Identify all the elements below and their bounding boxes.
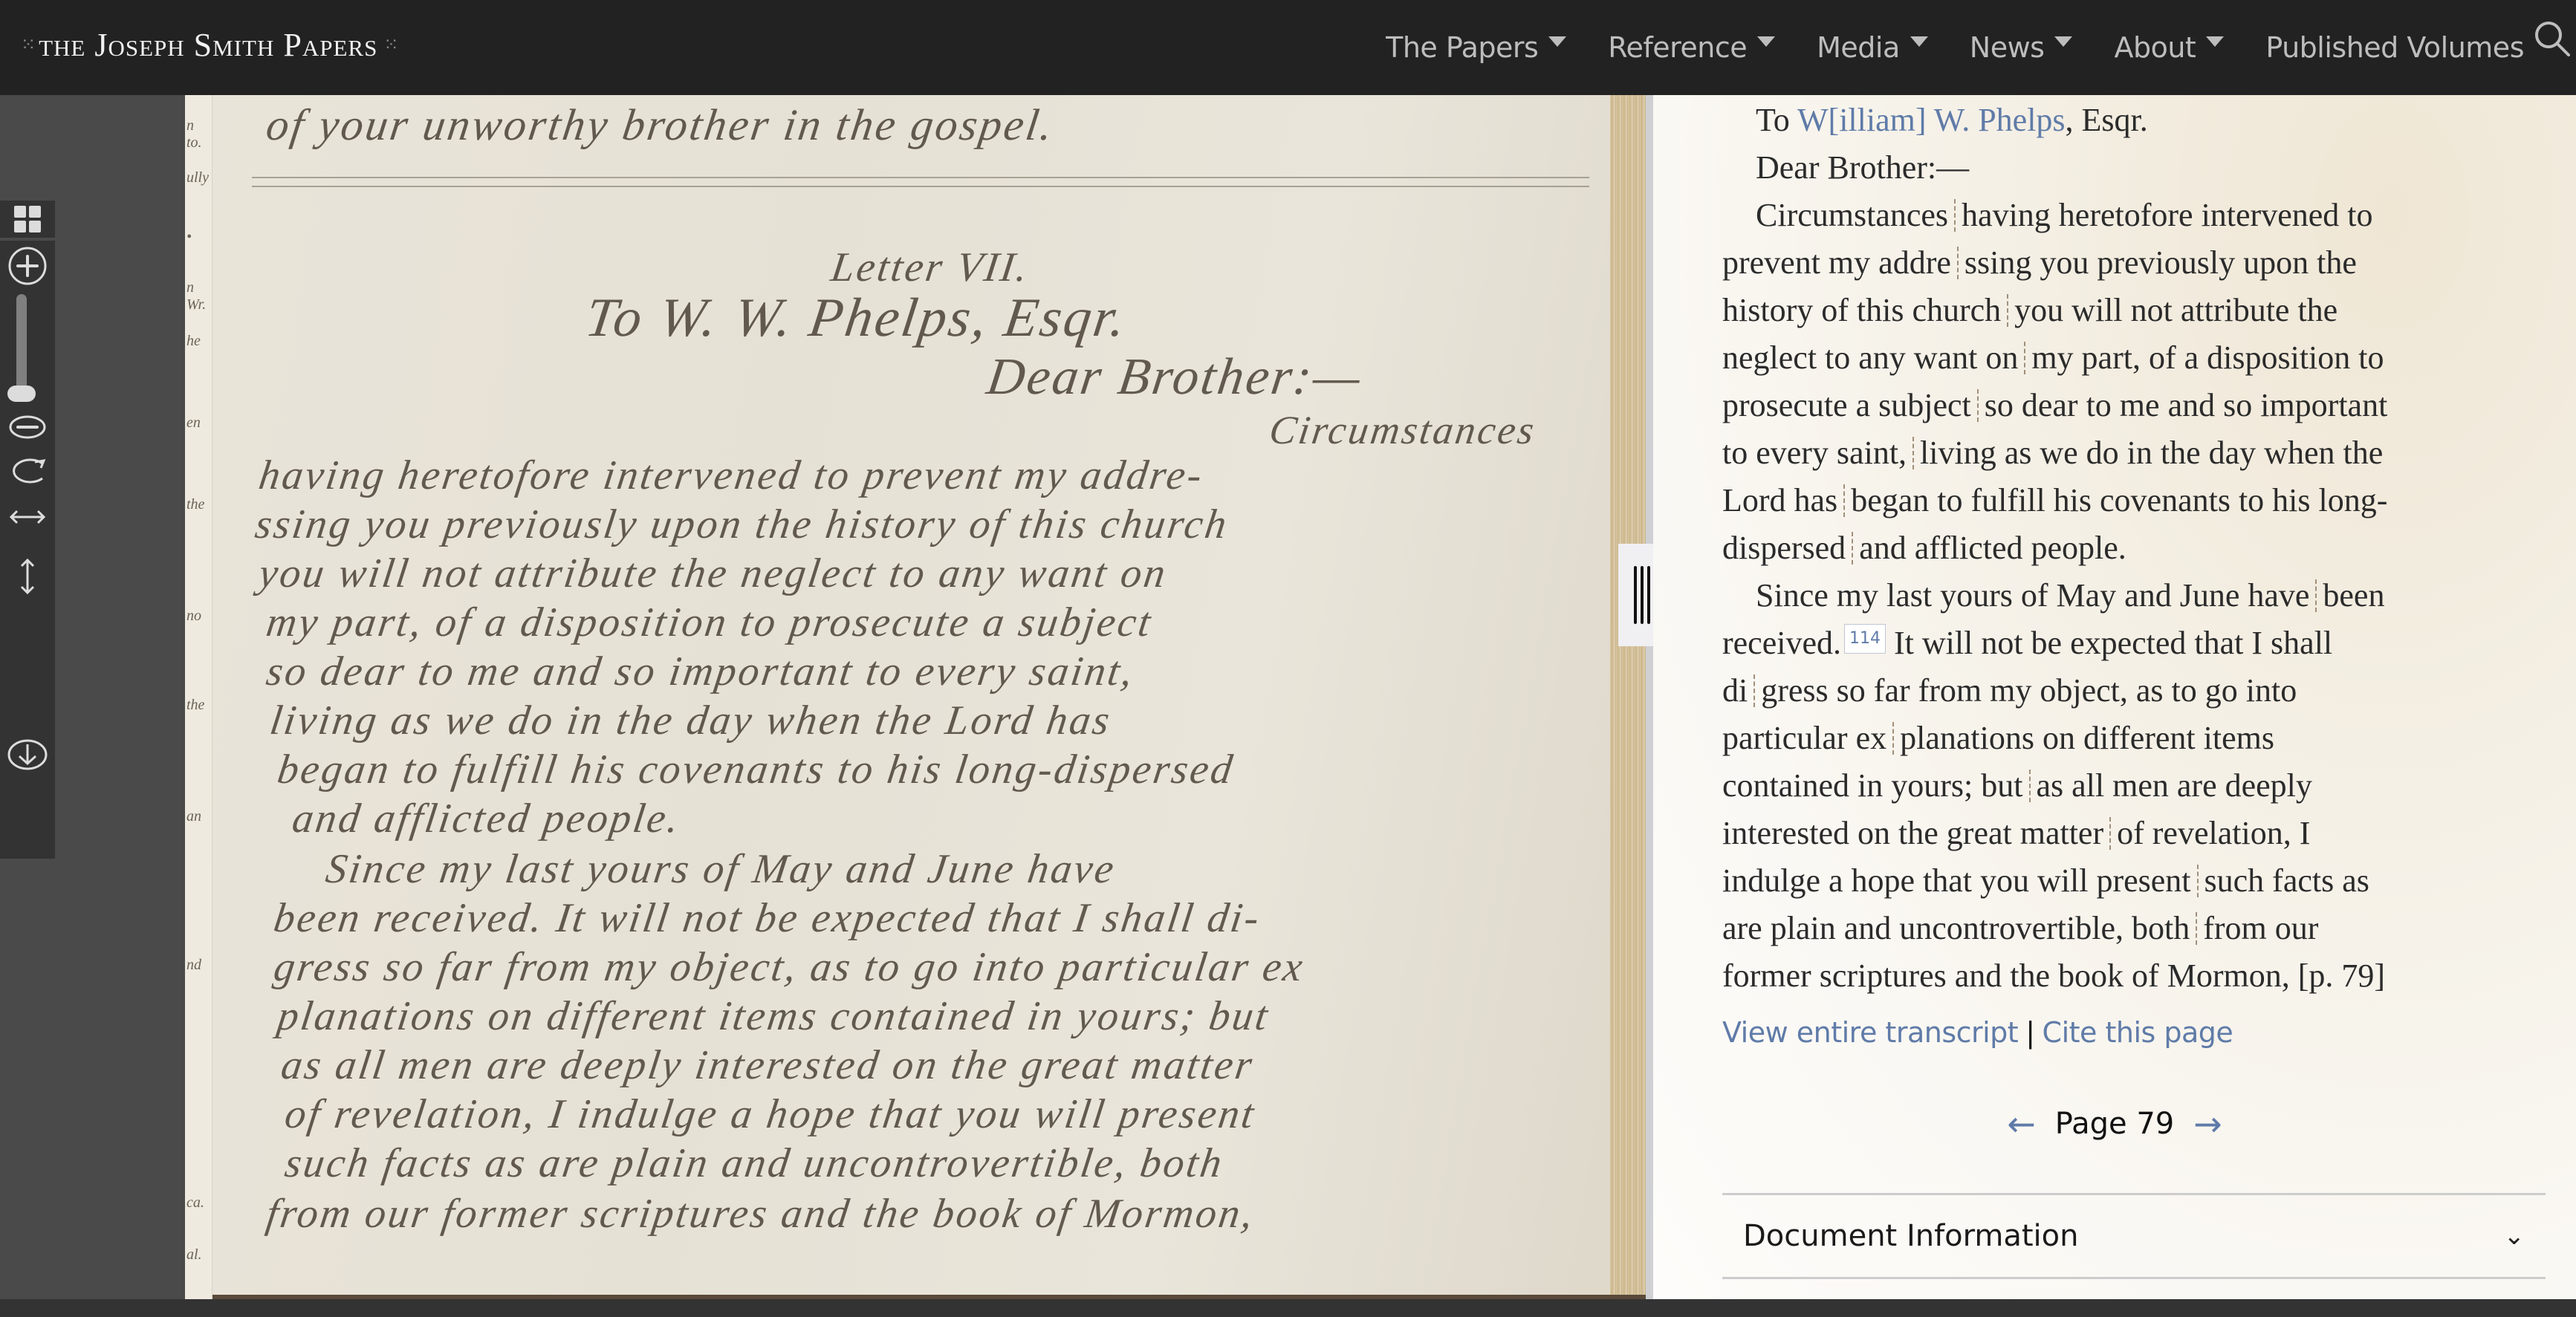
link-separator: | [2025,1016,2034,1049]
text: particular ex [1722,720,1886,756]
line-break-marker [1753,674,1755,707]
zoom-slider-thumb[interactable] [7,386,36,402]
line-break-marker [2196,912,2197,945]
margin-fragment: • [186,229,192,246]
image-viewer[interactable]: n to. ully • n Wr. he en the no the an n… [0,95,1653,1299]
manuscript-line: my part, of a disposition to prosecute a… [264,599,1156,646]
transcript-salutation: To W[illiam] W. Phelps, Esqr. [1722,97,2554,144]
next-page-arrow-icon[interactable]: → [2193,1104,2222,1144]
nav-label: Published Volumes [2265,31,2524,64]
transcript-links: View entire transcript|Cite this page [1722,1016,2233,1049]
rotate-icon [8,456,47,486]
fit-height-button[interactable] [0,547,55,606]
search-icon[interactable] [2531,18,2573,59]
previous-page-arrow-icon[interactable]: ← [2007,1104,2036,1144]
transcript-line: interested on the great matterof revelat… [1722,810,2554,857]
nav-news[interactable]: News [1970,31,2073,64]
manuscript-rule [252,186,1589,187]
logo-text: the Joseph Smith Papers [39,26,377,64]
manuscript-line: and afflicted people. [290,795,684,842]
nav-media[interactable]: Media [1817,31,1928,64]
line-break-marker [2024,342,2025,374]
text: It will not be expected that I shall [1894,625,2332,661]
text: , Esqr. [2066,102,2148,138]
text: you will not attribute the [2014,292,2337,328]
transcript-line: indulge a hope that you will presentsuch… [1722,857,2554,905]
manuscript-line: Since my last yours of May and June have [323,845,1119,893]
line-break-marker [2109,817,2111,850]
grid-view-icon [13,204,42,234]
transcript-line: received.114 It will not be expected tha… [1722,620,2554,667]
manuscript-line: Dear Brother:— [983,348,1366,407]
bottom-bar [0,1299,2576,1317]
zoom-in-icon [7,246,48,286]
line-break-marker [1977,389,1979,422]
margin-fragment: n to. [186,117,212,152]
transcript-line: neglect to any want onmy part, of a disp… [1722,334,2554,382]
text: are plain and uncontrovertible, both [1722,910,2190,946]
manuscript-line: planations on different items contained … [275,992,1273,1040]
zoom-out-icon [8,414,47,440]
nav-label: Media [1817,31,1900,64]
margin-fragment: n Wr. [186,279,212,313]
fit-width-button[interactable] [0,487,55,547]
line-break-marker [1954,199,1956,232]
text: of revelation, I [2117,815,2310,851]
grid-view-button[interactable] [0,201,55,238]
margin-fragment: ca. [186,1194,204,1212]
transcript-line: particular explanations on different ite… [1722,715,2554,762]
fit-height-icon [19,557,36,596]
transcript-line: Circumstanceshaving heretofore intervene… [1722,192,2554,239]
rotate-button[interactable] [0,456,55,486]
manuscript-line: gress so far from my object, as to go in… [271,943,1308,991]
transcript-line: dispersedand afflicted people. [1722,524,2554,572]
text: received. [1722,625,1841,661]
transcript-text: To W[illiam] W. Phelps, Esqr. Dear Broth… [1722,97,2554,1000]
text: my part, of a disposition to [2031,339,2384,376]
caret-down-icon [1910,36,1928,47]
cite-this-page-link[interactable]: Cite this page [2043,1016,2233,1049]
adjacent-page-strip: n to. ully • n Wr. he en the no the an n… [185,95,212,1299]
text: di [1722,672,1748,709]
transcript-line: prevent my addressing you previously upo… [1722,239,2554,287]
nav-the-papers[interactable]: The Papers [1386,31,1566,64]
caret-down-icon [2206,36,2224,47]
manuscript-line: of your unworthy brother in the gospel. [263,100,1057,151]
fit-width-icon [8,508,47,526]
margin-fragment: en [186,414,201,432]
footnote-marker[interactable]: 114 [1844,624,1886,654]
manuscript-line: of revelation, I indulge a hope that you… [282,1090,1259,1138]
line-break-marker [1843,484,1845,517]
margin-fragment: al. [186,1246,202,1264]
line-break-marker [1957,247,1959,279]
manuscript-line: been received. It will not be expected t… [271,894,1265,942]
panel-divider[interactable] [1646,95,1653,1299]
manuscript-line: so dear to me and so important to every … [264,648,1138,695]
manuscript-line: living as we do in the day when the Lord… [267,697,1115,744]
toolbar-group-fit [0,487,55,658]
transcript-line: digress so far from my object, as to go … [1722,667,2554,715]
text: prosecute a subject [1722,387,1971,423]
caret-down-icon [1757,36,1775,47]
manuscript-line: as all men are deeply interested on the … [279,1041,1257,1089]
manuscript-line: ssing you previously upon the history of… [253,501,1232,548]
nav-reference[interactable]: Reference [1608,31,1775,64]
text: been [2323,577,2384,614]
nav-label: News [1970,31,2045,64]
nav-about[interactable]: About [2114,31,2224,64]
manuscript-line: having heretofore intervened to prevent … [256,452,1207,499]
margin-fragment: the [186,496,204,513]
manuscript-line: To W. W. Phelps, Esqr. [582,287,1132,350]
text: neglect to any want on [1722,339,2018,376]
transcript-greeting: Dear Brother:— [1722,144,2554,192]
text: so dear to me and so important [1985,387,2388,423]
manuscript-line: you will not attribute the neglect to an… [256,550,1171,597]
text: such facts as [2204,862,2369,899]
caret-down-icon [2054,36,2072,47]
transcript-panel: To W[illiam] W. Phelps, Esqr. Dear Broth… [1653,95,2576,1299]
line-break-marker [2197,865,2199,897]
manuscript-image[interactable]: n to. ully • n Wr. he en the no the an n… [185,95,1646,1299]
transcript-line: history of this churchyou will not attri… [1722,287,2554,334]
zoom-in-button[interactable] [0,245,55,287]
margin-fragment: nd [186,957,201,974]
document-information-label: Document Information [1743,1219,2078,1253]
text: history of this church [1722,292,2001,328]
text: Since my last yours of May and June have [1756,577,2309,614]
document-information-toggle[interactable]: Document Information ⌄ [1722,1193,2546,1279]
download-button[interactable] [0,658,55,851]
margin-fragment: the [186,697,204,714]
book-page-edge [1610,95,1646,1299]
text: and afflicted people. [1859,530,2126,566]
main-nav: The Papers Reference Media News About Pu… [1344,0,2524,95]
text: having heretofore intervened to [1962,197,2372,233]
manuscript-line: began to fulfill his covenants to his lo… [275,746,1238,793]
transcript-line: to every saint,living as we do in the da… [1722,429,2554,477]
chevron-down-icon: ⌄ [2504,1221,2525,1251]
nav-published-volumes[interactable]: Published Volumes [2265,31,2524,64]
transcript-line: contained in yours; butas all men are de… [1722,762,2554,810]
logo-ornament-left: ⁙ [21,34,33,56]
transcript-line: Since my last yours of May and June have… [1722,572,2554,620]
margin-fragment: he [186,333,201,350]
text: interested on the great matter [1722,815,2103,851]
manuscript-rule [252,177,1589,178]
margin-fragment: an [186,808,201,825]
text: dispersed [1722,530,1846,566]
line-break-marker [2029,770,2031,802]
caret-down-icon [1548,36,1566,47]
page-navigator: ← Page 79 → [1653,1104,2576,1144]
text: gress so far from my object, as to go in… [1761,672,2297,709]
line-break-marker [2315,579,2317,612]
manuscript-line: Letter VII. [828,244,1033,291]
toolbar-group-zoom [0,241,55,487]
margin-fragment: no [186,608,201,625]
transcript-line: Lord hasbegan to fulfill his covenants t… [1722,477,2554,524]
transcript-line: are plain and uncontrovertible, bothfrom… [1722,905,2554,952]
text: planations on different items [1900,720,2274,756]
logo-ornament-right: ⁙ [383,34,395,56]
text: Lord has [1722,482,1837,518]
nav-label: About [2114,31,2196,64]
text: Circumstances [1756,197,1948,233]
person-link-phelps[interactable]: W[illiam] W. Phelps [1797,102,2066,138]
transcript-line: former scriptures and the book of Mormon… [1722,952,2554,1000]
text: living as we do in the day when the [1920,435,2383,471]
text: prevent my addre [1722,244,1951,281]
text: former scriptures and the book of Mormon… [1722,957,2385,994]
toolbar-group-grid [0,201,55,238]
text: as all men are deeply [2037,767,2312,804]
line-break-marker [1892,722,1894,755]
nav-label: Reference [1608,31,1747,64]
site-logo[interactable]: ⁙ the Joseph Smith Papers ⁙ [15,22,401,67]
manuscript-line: Circumstances [1267,407,1540,453]
text: To [1756,102,1797,138]
nav-label: The Papers [1386,31,1538,64]
text: ssing you previously upon the [1965,244,2357,281]
text: from our [2203,910,2318,946]
toolbar-group-download [0,658,55,859]
manuscript-line: from our former scriptures and the book … [264,1190,1259,1238]
page-number-label: Page 79 [2055,1107,2174,1141]
text: indulge a hope that you will present [1722,862,2191,899]
manuscript-line: such facts as are plain and uncontrovert… [282,1139,1227,1187]
view-entire-transcript-link[interactable]: View entire transcript [1722,1016,2018,1049]
text: contained in yours; but [1722,767,2023,804]
site-header: ⁙ the Joseph Smith Papers ⁙ The Papers R… [0,0,2576,95]
line-break-marker [1852,532,1853,565]
text: to every saint, [1722,435,1907,471]
zoom-slider[interactable] [16,294,27,400]
transcript-line: prosecute a subjectso dear to me and so … [1722,382,2554,429]
line-break-marker [2007,294,2008,327]
text: began to fulfill his covenants to his lo… [1851,482,2387,518]
download-icon [7,738,48,771]
zoom-out-button[interactable] [0,409,55,446]
margin-fragment: ully [186,169,209,186]
line-break-marker [1912,437,1914,469]
